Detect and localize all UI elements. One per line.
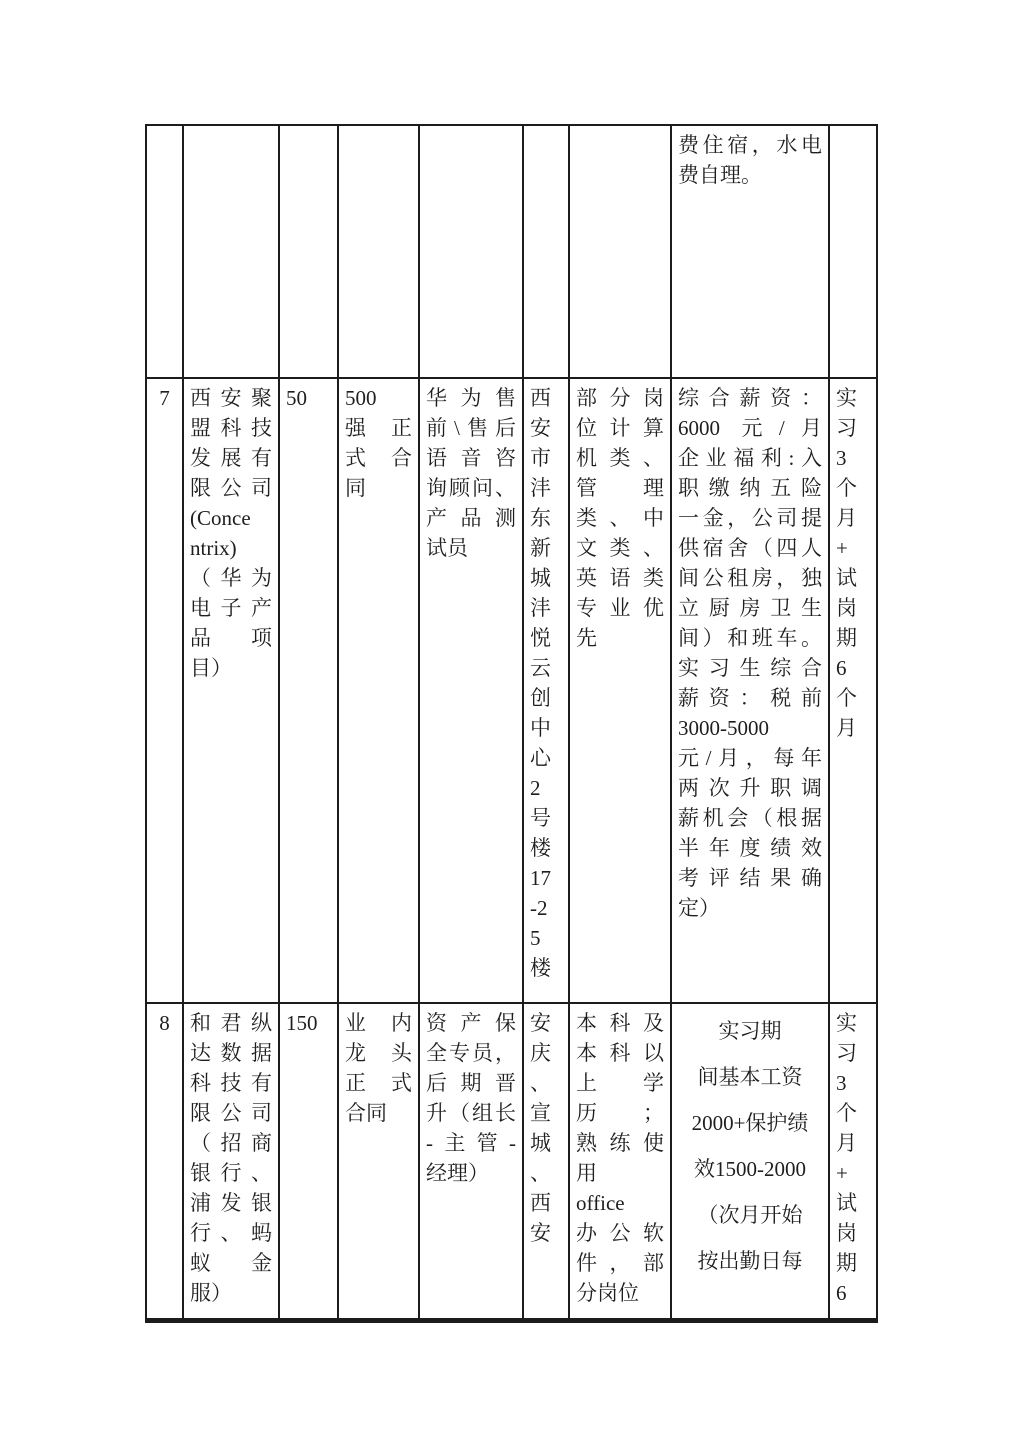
cell-internship-period: 实习3个月+试岗期6个月 (829, 378, 877, 1003)
cell-openings: 150 (279, 1003, 338, 1320)
cell-company (183, 125, 279, 378)
document-page: 费住宿，水电费自理。 7 西安聚盟科技发展有限公司(Concentrix)（华为… (0, 0, 1024, 1448)
cell-internship-period: 实习3个月+试岗期6 (829, 1003, 877, 1320)
cell-company: 和君纵达数据科技有限公司（招商银行、浦发银行、蚂蚁金服） (183, 1003, 279, 1320)
cell-salary: 实习期间基本工资2000+保护绩效1500-2000（次月开始按出勤日每 (671, 1003, 829, 1320)
cell-company: 西安聚盟科技发展有限公司(Concentrix)（华为电子产品项目） (183, 378, 279, 1003)
table-row-7: 7 西安聚盟科技发展有限公司(Concentrix)（华为电子产品项目） 50 … (146, 378, 877, 1003)
cell-location: 安庆、宣城、西安 (523, 1003, 569, 1320)
cell-seq (146, 125, 183, 378)
cell-position: 资产保全专员，后期晋升（组长-主管-经理） (419, 1003, 523, 1320)
cell-position (419, 125, 523, 378)
cell-openings: 50 (279, 378, 338, 1003)
cell-seq: 7 (146, 378, 183, 1003)
cell-position: 华为售前\售后语音咨询顾问、产品测试员 (419, 378, 523, 1003)
cell-company-type (338, 125, 419, 378)
cell-company-type: 业内龙头正式合同 (338, 1003, 419, 1320)
cell-requirements (569, 125, 671, 378)
cell-company-type: 500强正式合同 (338, 378, 419, 1003)
cell-location: 西安市沣东新城沣悦云创中心2号楼17-25楼 (523, 378, 569, 1003)
cell-requirements: 部分岗位计算机类、管理类、中文类、英语类专业优先 (569, 378, 671, 1003)
cell-location (523, 125, 569, 378)
cell-salary: 费住宿，水电费自理。 (671, 125, 829, 378)
cell-seq: 8 (146, 1003, 183, 1320)
cell-requirements: 本科及本科以上学历；熟练使用office办公软件，部分岗位 (569, 1003, 671, 1320)
job-table: 费住宿，水电费自理。 7 西安聚盟科技发展有限公司(Concentrix)（华为… (145, 124, 878, 1323)
cell-internship-period (829, 125, 877, 378)
table-row-8: 8 和君纵达数据科技有限公司（招商银行、浦发银行、蚂蚁金服） 150 业内龙头正… (146, 1003, 877, 1320)
table-row-6-continued: 费住宿，水电费自理。 (146, 125, 877, 378)
cell-salary: 综合薪资：6000 元/月企业福利:入职缴纳五险一金，公司提供宿舍（四人间公租房… (671, 378, 829, 1003)
cell-openings (279, 125, 338, 378)
